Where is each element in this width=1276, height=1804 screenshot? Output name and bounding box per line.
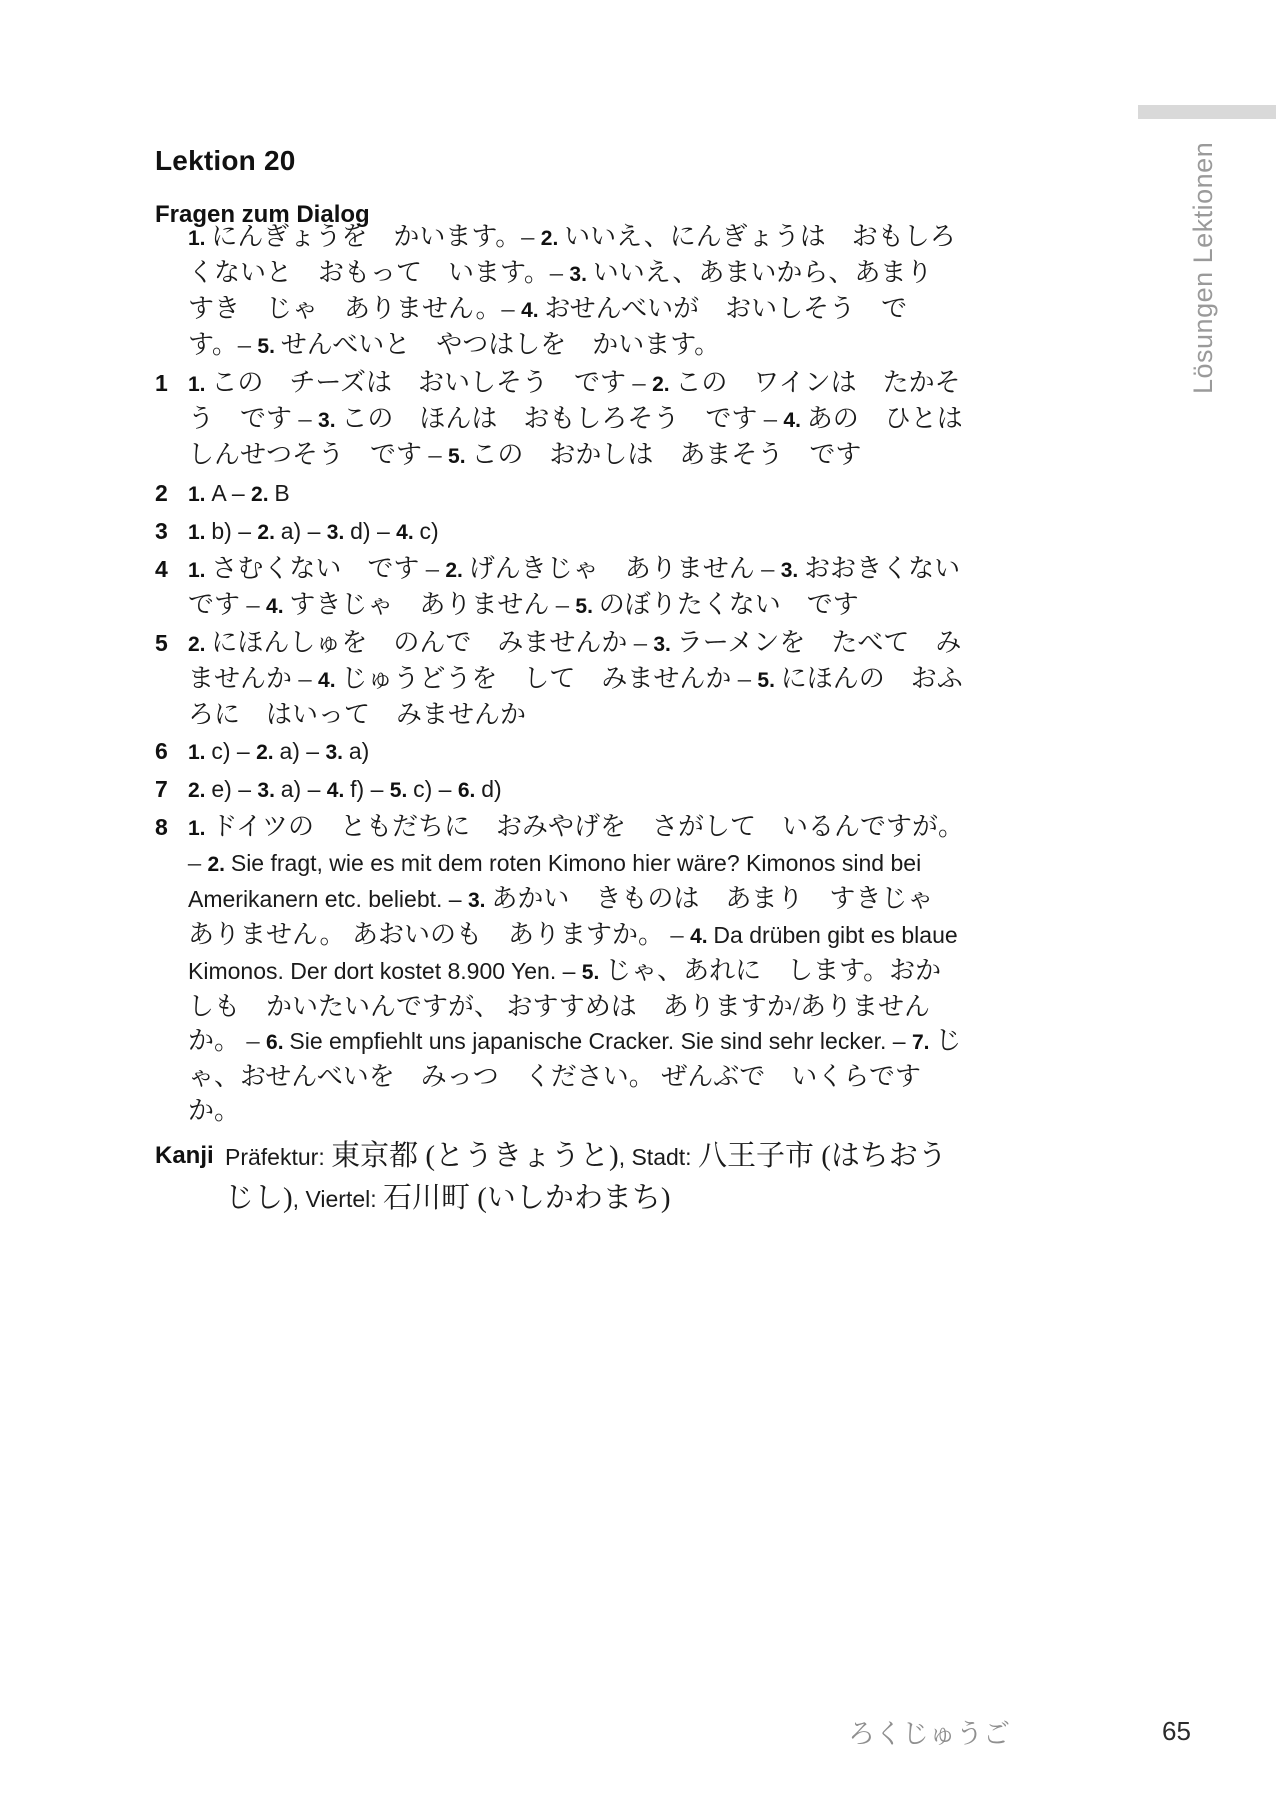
answer-text: 2. にほんしゅを のんで みませんか – 3. ラーメンを たべて みませんか…	[188, 626, 967, 732]
answer-number: 5	[155, 626, 188, 660]
answers-list: 1. にんぎょうを かいます。– 2. いいえ、にんぎょうは おもしろくないと …	[155, 220, 967, 1220]
sidebar-chapter-label: Lösungen Lektionen	[1188, 142, 1219, 394]
answer-number: 2	[155, 476, 188, 510]
answer-text: 1. c) – 2. a) – 3. a)	[188, 734, 967, 770]
answer-row-7: 7 2. e) – 3. a) – 4. f) – 5. c) – 6. d)	[155, 772, 967, 808]
answer-number: 4	[155, 552, 188, 586]
kanji-label: Kanji	[155, 1136, 225, 1176]
answer-number: 7	[155, 772, 188, 806]
footer-page-number: 65	[1162, 1716, 1191, 1747]
answer-row-1: 1 1. この チーズは おいしそう です – 2. この ワインは たかそう …	[155, 366, 967, 474]
answer-text: 1. b) – 2. a) – 3. d) – 4. c)	[188, 514, 967, 550]
kanji-row: Kanji Präfektur: 東京都 (とうきょうと), Stadt: 八王…	[155, 1136, 967, 1220]
answer-number: 1	[155, 366, 188, 400]
answer-text: 1. この チーズは おいしそう です – 2. この ワインは たかそう です…	[188, 366, 967, 474]
answer-row-3: 3 1. b) – 2. a) – 3. d) – 4. c)	[155, 514, 967, 550]
answer-number: 6	[155, 734, 188, 768]
textbook-solutions-page: Lösungen Lektionen Lektion 20 Fragen zum…	[0, 0, 1276, 1804]
answer-row-8: 8 1. ドイツの ともだちに おみやげを さがして いるんですが。 – 2. …	[155, 810, 967, 1128]
kanji-text: Präfektur: 東京都 (とうきょうと), Stadt: 八王子市 (はち…	[225, 1136, 967, 1220]
sidebar-tab-bar	[1138, 105, 1276, 119]
answer-text: 1. A – 2. B	[188, 476, 967, 512]
answer-row-2: 2 1. A – 2. B	[155, 476, 967, 512]
answer-text: 1. ドイツの ともだちに おみやげを さがして いるんですが。 – 2. Si…	[188, 810, 967, 1128]
answer-text: 1. さむくない です – 2. げんきじゃ ありません – 3. おおきくない…	[188, 552, 967, 624]
answer-text: 2. e) – 3. a) – 4. f) – 5. c) – 6. d)	[188, 772, 967, 808]
lesson-title: Lektion 20	[155, 145, 295, 177]
answer-text: 1. にんぎょうを かいます。– 2. いいえ、にんぎょうは おもしろくないと …	[188, 220, 967, 364]
answer-number: 8	[155, 810, 188, 844]
answer-row-5: 5 2. にほんしゅを のんで みませんか – 3. ラーメンを たべて みませ…	[155, 626, 967, 732]
answer-number: 3	[155, 514, 188, 548]
answer-row-4: 4 1. さむくない です – 2. げんきじゃ ありません – 3. おおきく…	[155, 552, 967, 624]
answer-row-intro: 1. にんぎょうを かいます。– 2. いいえ、にんぎょうは おもしろくないと …	[155, 220, 967, 364]
answer-row-6: 6 1. c) – 2. a) – 3. a)	[155, 734, 967, 770]
footer-page-word: ろくじゅうご	[848, 1712, 1010, 1751]
